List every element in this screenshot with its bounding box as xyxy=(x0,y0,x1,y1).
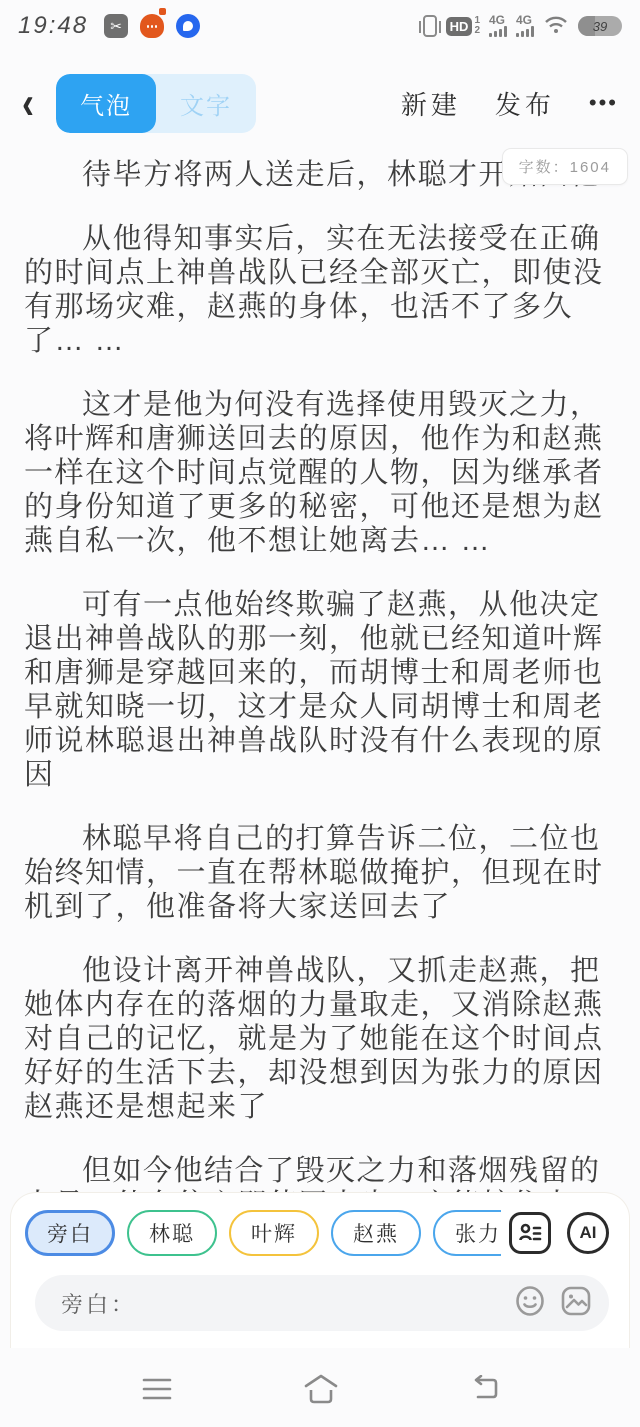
new-button[interactable]: 新建 xyxy=(401,85,461,122)
ai-assistant-icon[interactable]: AI xyxy=(567,1212,609,1254)
image-icon[interactable] xyxy=(559,1284,593,1323)
tab-bubble[interactable]: 气泡 xyxy=(56,74,156,133)
clock: 19:48 xyxy=(18,12,88,40)
input-icons xyxy=(513,1284,593,1323)
character-pill-narrator[interactable]: 旁白 xyxy=(25,1210,115,1256)
back-nav-icon[interactable] xyxy=(468,1375,500,1408)
home-icon[interactable] xyxy=(303,1373,339,1410)
tab-text[interactable]: 文字 xyxy=(156,74,256,133)
character-pill-yehui[interactable]: 叶辉 xyxy=(229,1210,319,1256)
character-pill-zhangli[interactable]: 张力 xyxy=(433,1210,507,1256)
recents-menu-icon[interactable] xyxy=(140,1376,174,1407)
vibrate-icon xyxy=(423,15,437,37)
system-nav-bar xyxy=(0,1355,640,1427)
wifi-icon xyxy=(543,14,569,39)
browser-app-icon xyxy=(176,14,200,38)
signal-sim1-icon: 4G xyxy=(489,15,507,37)
character-pills: 旁白 林聪 叶辉 赵燕 张力 xyxy=(25,1210,507,1256)
composer-panel: 旁白 林聪 叶辉 赵燕 张力 AI 旁白： xyxy=(10,1192,630,1348)
crab-game-icon xyxy=(140,14,164,38)
word-count-badge: 字数：1604 xyxy=(502,148,628,185)
status-bar: 19:48 ✂ HD 12 4G 4G 39 xyxy=(0,0,640,52)
signal-sim2-icon: 4G xyxy=(516,15,534,37)
paragraph: 他设计离开神兽战队，又抓走赵燕，把她体内存在的落烟的力量取走，又消除赵燕对自己的… xyxy=(24,954,616,1124)
paragraph: 从他得知事实后，实在无法接受在正确的时间点上神兽战队已经全部灭亡，即使没有那场灾… xyxy=(24,222,616,358)
hd-volte-icon: HD 12 xyxy=(446,16,480,36)
battery-icon: 39 xyxy=(578,16,622,36)
emoji-icon[interactable] xyxy=(513,1284,547,1323)
paragraph: 这才是他为何没有选择使用毁灭之力，将叶辉和唐狮送回去的原因，他作为和赵燕一样在这… xyxy=(24,388,616,558)
toolbar-actions: 新建 发布 ••• xyxy=(401,85,618,122)
back-button[interactable]: ‹ xyxy=(22,81,34,126)
toolbar: ‹ 气泡 文字 新建 发布 ••• xyxy=(0,52,640,144)
more-menu-button[interactable]: ••• xyxy=(589,90,618,116)
paragraph: 林聪早将自己的打算告诉二位，二位也始终知情，一直在帮林聪做掩护，但现在时机到了，… xyxy=(24,822,616,924)
composer-tools: AI xyxy=(501,1207,609,1259)
scissors-app-icon: ✂ xyxy=(104,14,128,38)
mode-tabs: 气泡 文字 xyxy=(56,74,256,133)
character-pill-zhaoyan[interactable]: 赵燕 xyxy=(331,1210,421,1256)
character-pill-row: 旁白 林聪 叶辉 赵燕 张力 AI xyxy=(25,1207,615,1259)
story-editor[interactable]: 字数：1604 待毕方将两人送走后，林聪才开始回忆 从他得知事实后，实在无法接受… xyxy=(0,144,640,1320)
status-indicators: HD 12 4G 4G 39 xyxy=(423,14,622,39)
character-pill-linchong[interactable]: 林聪 xyxy=(127,1210,217,1256)
input-prefix: 旁白： xyxy=(61,1288,136,1319)
publish-button[interactable]: 发布 xyxy=(495,85,555,122)
notification-icons: ✂ xyxy=(104,14,200,38)
paragraph: 可有一点他始终欺骗了赵燕，从他决定退出神兽战队的那一刻，他就已经知道叶辉和唐狮是… xyxy=(24,588,616,792)
message-input[interactable]: 旁白： xyxy=(35,1275,609,1331)
character-manager-icon[interactable] xyxy=(509,1212,551,1254)
